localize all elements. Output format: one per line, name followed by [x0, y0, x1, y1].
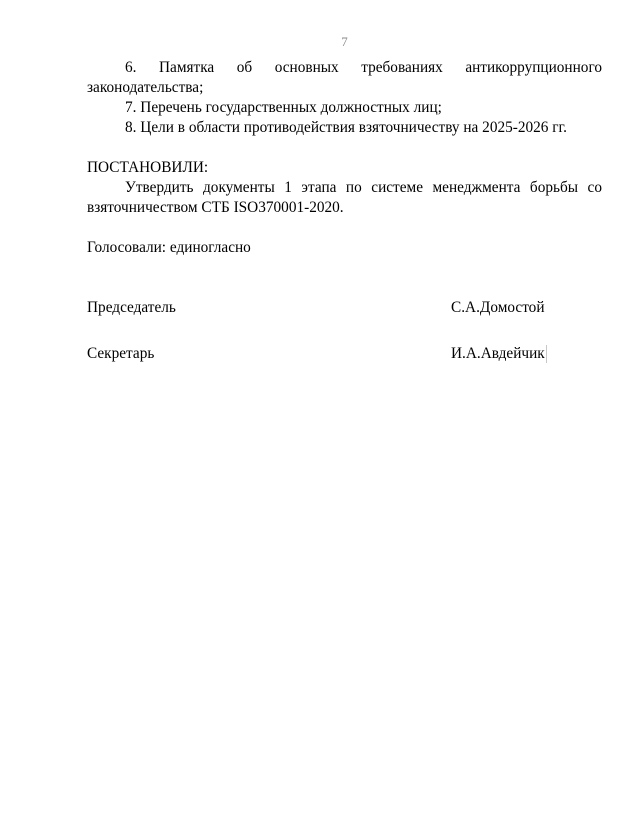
- page-number: 7: [0, 34, 629, 50]
- signature-role: Председатель: [87, 298, 176, 318]
- vote-result: Голосовали: единогласно: [87, 238, 602, 258]
- list-item-6-line2: законодательства;: [87, 78, 602, 98]
- resolution-heading: ПОСТАНОВИЛИ:: [87, 158, 602, 178]
- signature-name-wrapper: И.А.Авдейчик: [451, 344, 547, 364]
- spacer: [87, 218, 602, 238]
- spacer: [87, 138, 602, 158]
- signature-name: С.А.Домостой: [451, 298, 545, 318]
- list-item-7: 7. Перечень государственных должностных …: [87, 98, 602, 118]
- list-item-8: 8. Цели в области противодействия взяточ…: [87, 118, 602, 138]
- signature-secretary: Секретарь И.А.Авдейчик: [87, 344, 607, 364]
- signature-role: Секретарь: [87, 344, 154, 364]
- document-body: 6. Памятка об основных требованиях антик…: [87, 58, 602, 258]
- resolution-text-line1: Утвердить документы 1 этапа по системе м…: [87, 178, 602, 198]
- signature-name: И.А.Авдейчик: [451, 345, 545, 362]
- resolution-text-line2: взяточничеством СТБ ISO370001-2020.: [87, 198, 602, 218]
- signature-chairman: Председатель С.А.Домостой: [87, 298, 607, 318]
- text-cursor: [546, 345, 547, 363]
- list-item-6-line1: 6. Памятка об основных требованиях антик…: [87, 58, 602, 78]
